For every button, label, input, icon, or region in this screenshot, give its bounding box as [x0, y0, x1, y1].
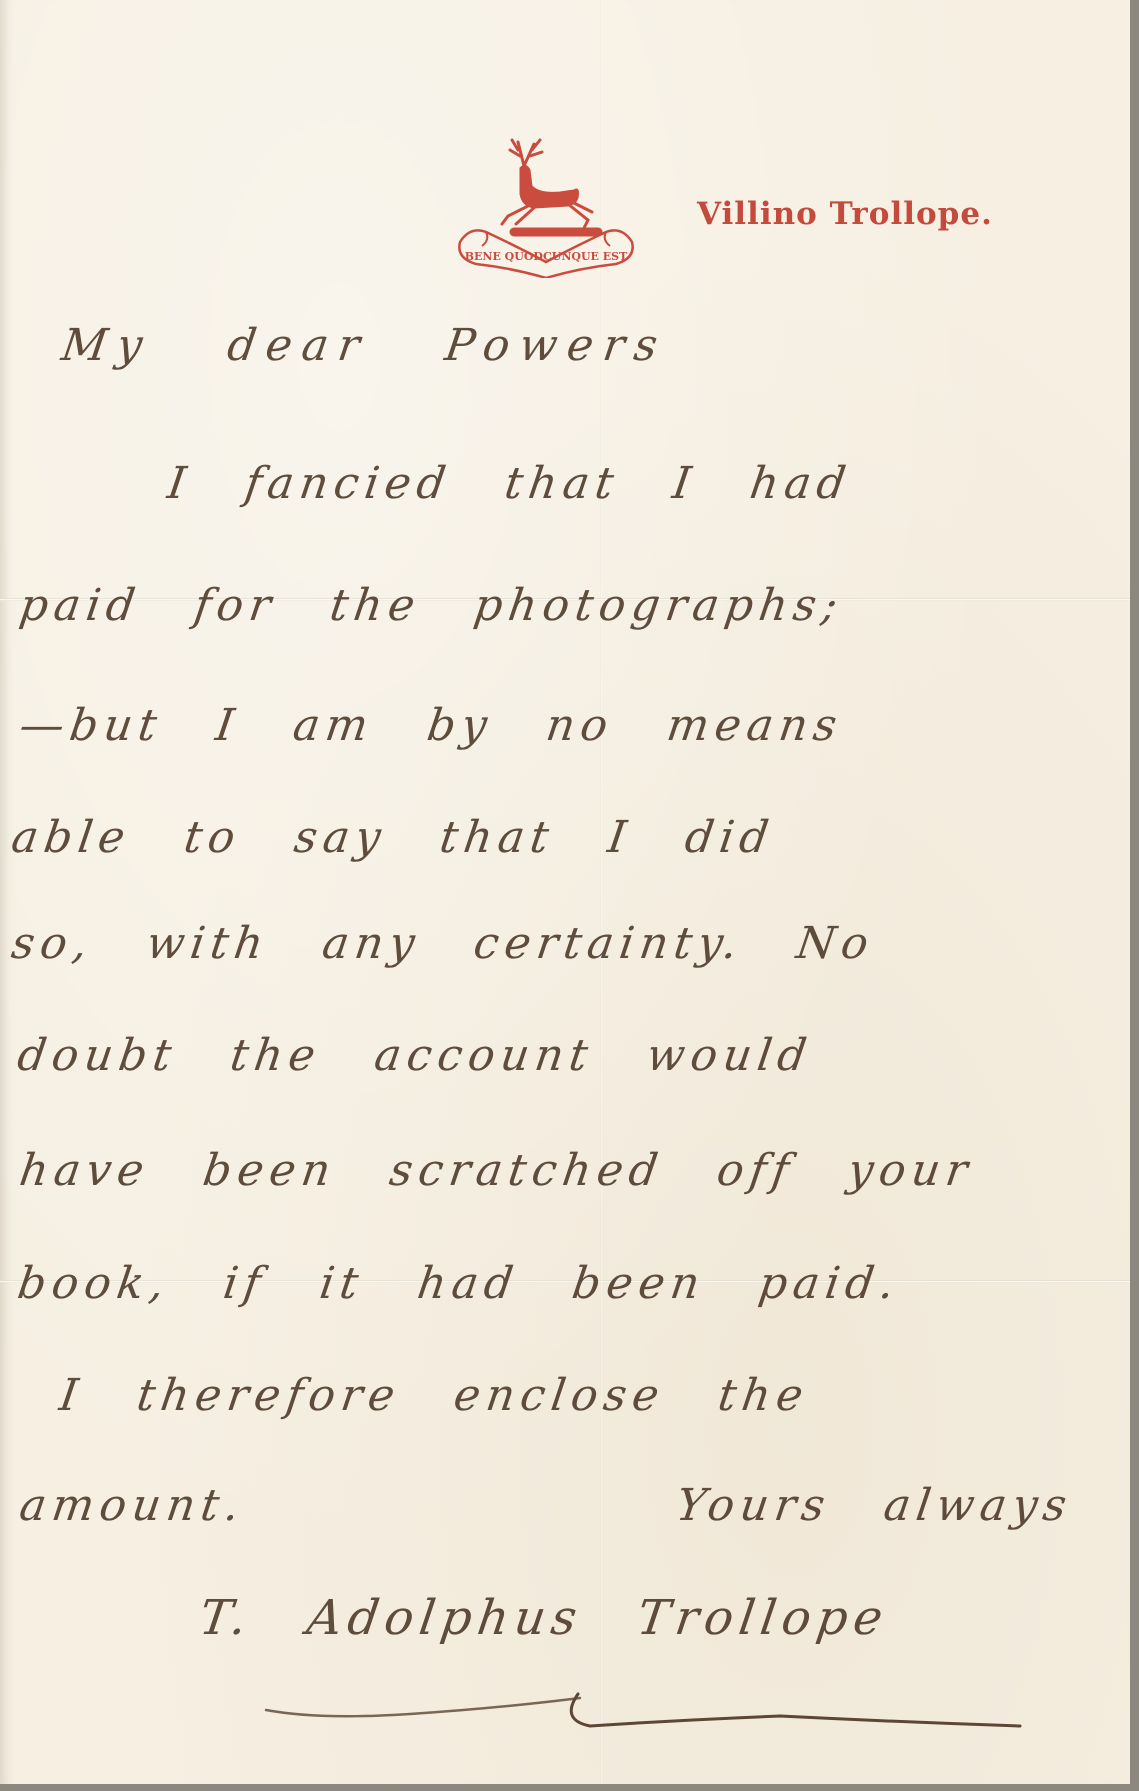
house-name: Villino Trollope. [697, 196, 993, 232]
stag-crest-icon: BENE QUODCUNQUE EST [450, 128, 640, 278]
letter-line: paid for the photographs; [16, 580, 846, 631]
letter-line: I fancied that I had [164, 458, 854, 509]
signature: T. Adolphus Trollope [196, 1590, 892, 1646]
letter-line: book, if it had been paid. [14, 1258, 903, 1309]
letter-line: able to say that I did [8, 812, 777, 863]
letter-line: so, with any certainty. No [8, 918, 877, 969]
letter-line: have been scratched off your [16, 1145, 976, 1196]
letter-line: I therefore enclose the [56, 1370, 812, 1421]
signature-flourish [260, 1680, 1110, 1740]
letter-page: BENE QUODCUNQUE EST Villino Trollope. My… [0, 0, 1130, 1784]
salutation: My dear Powers [58, 320, 670, 371]
letter-line: doubt the account would [14, 1030, 815, 1081]
letter-line: amount. Yours always [16, 1480, 1075, 1531]
letterhead: BENE QUODCUNQUE EST Villino Trollope. [450, 128, 1020, 278]
letter-line: —but I am by no means [16, 700, 845, 751]
crest-motto: BENE QUODCUNQUE EST [465, 250, 628, 263]
